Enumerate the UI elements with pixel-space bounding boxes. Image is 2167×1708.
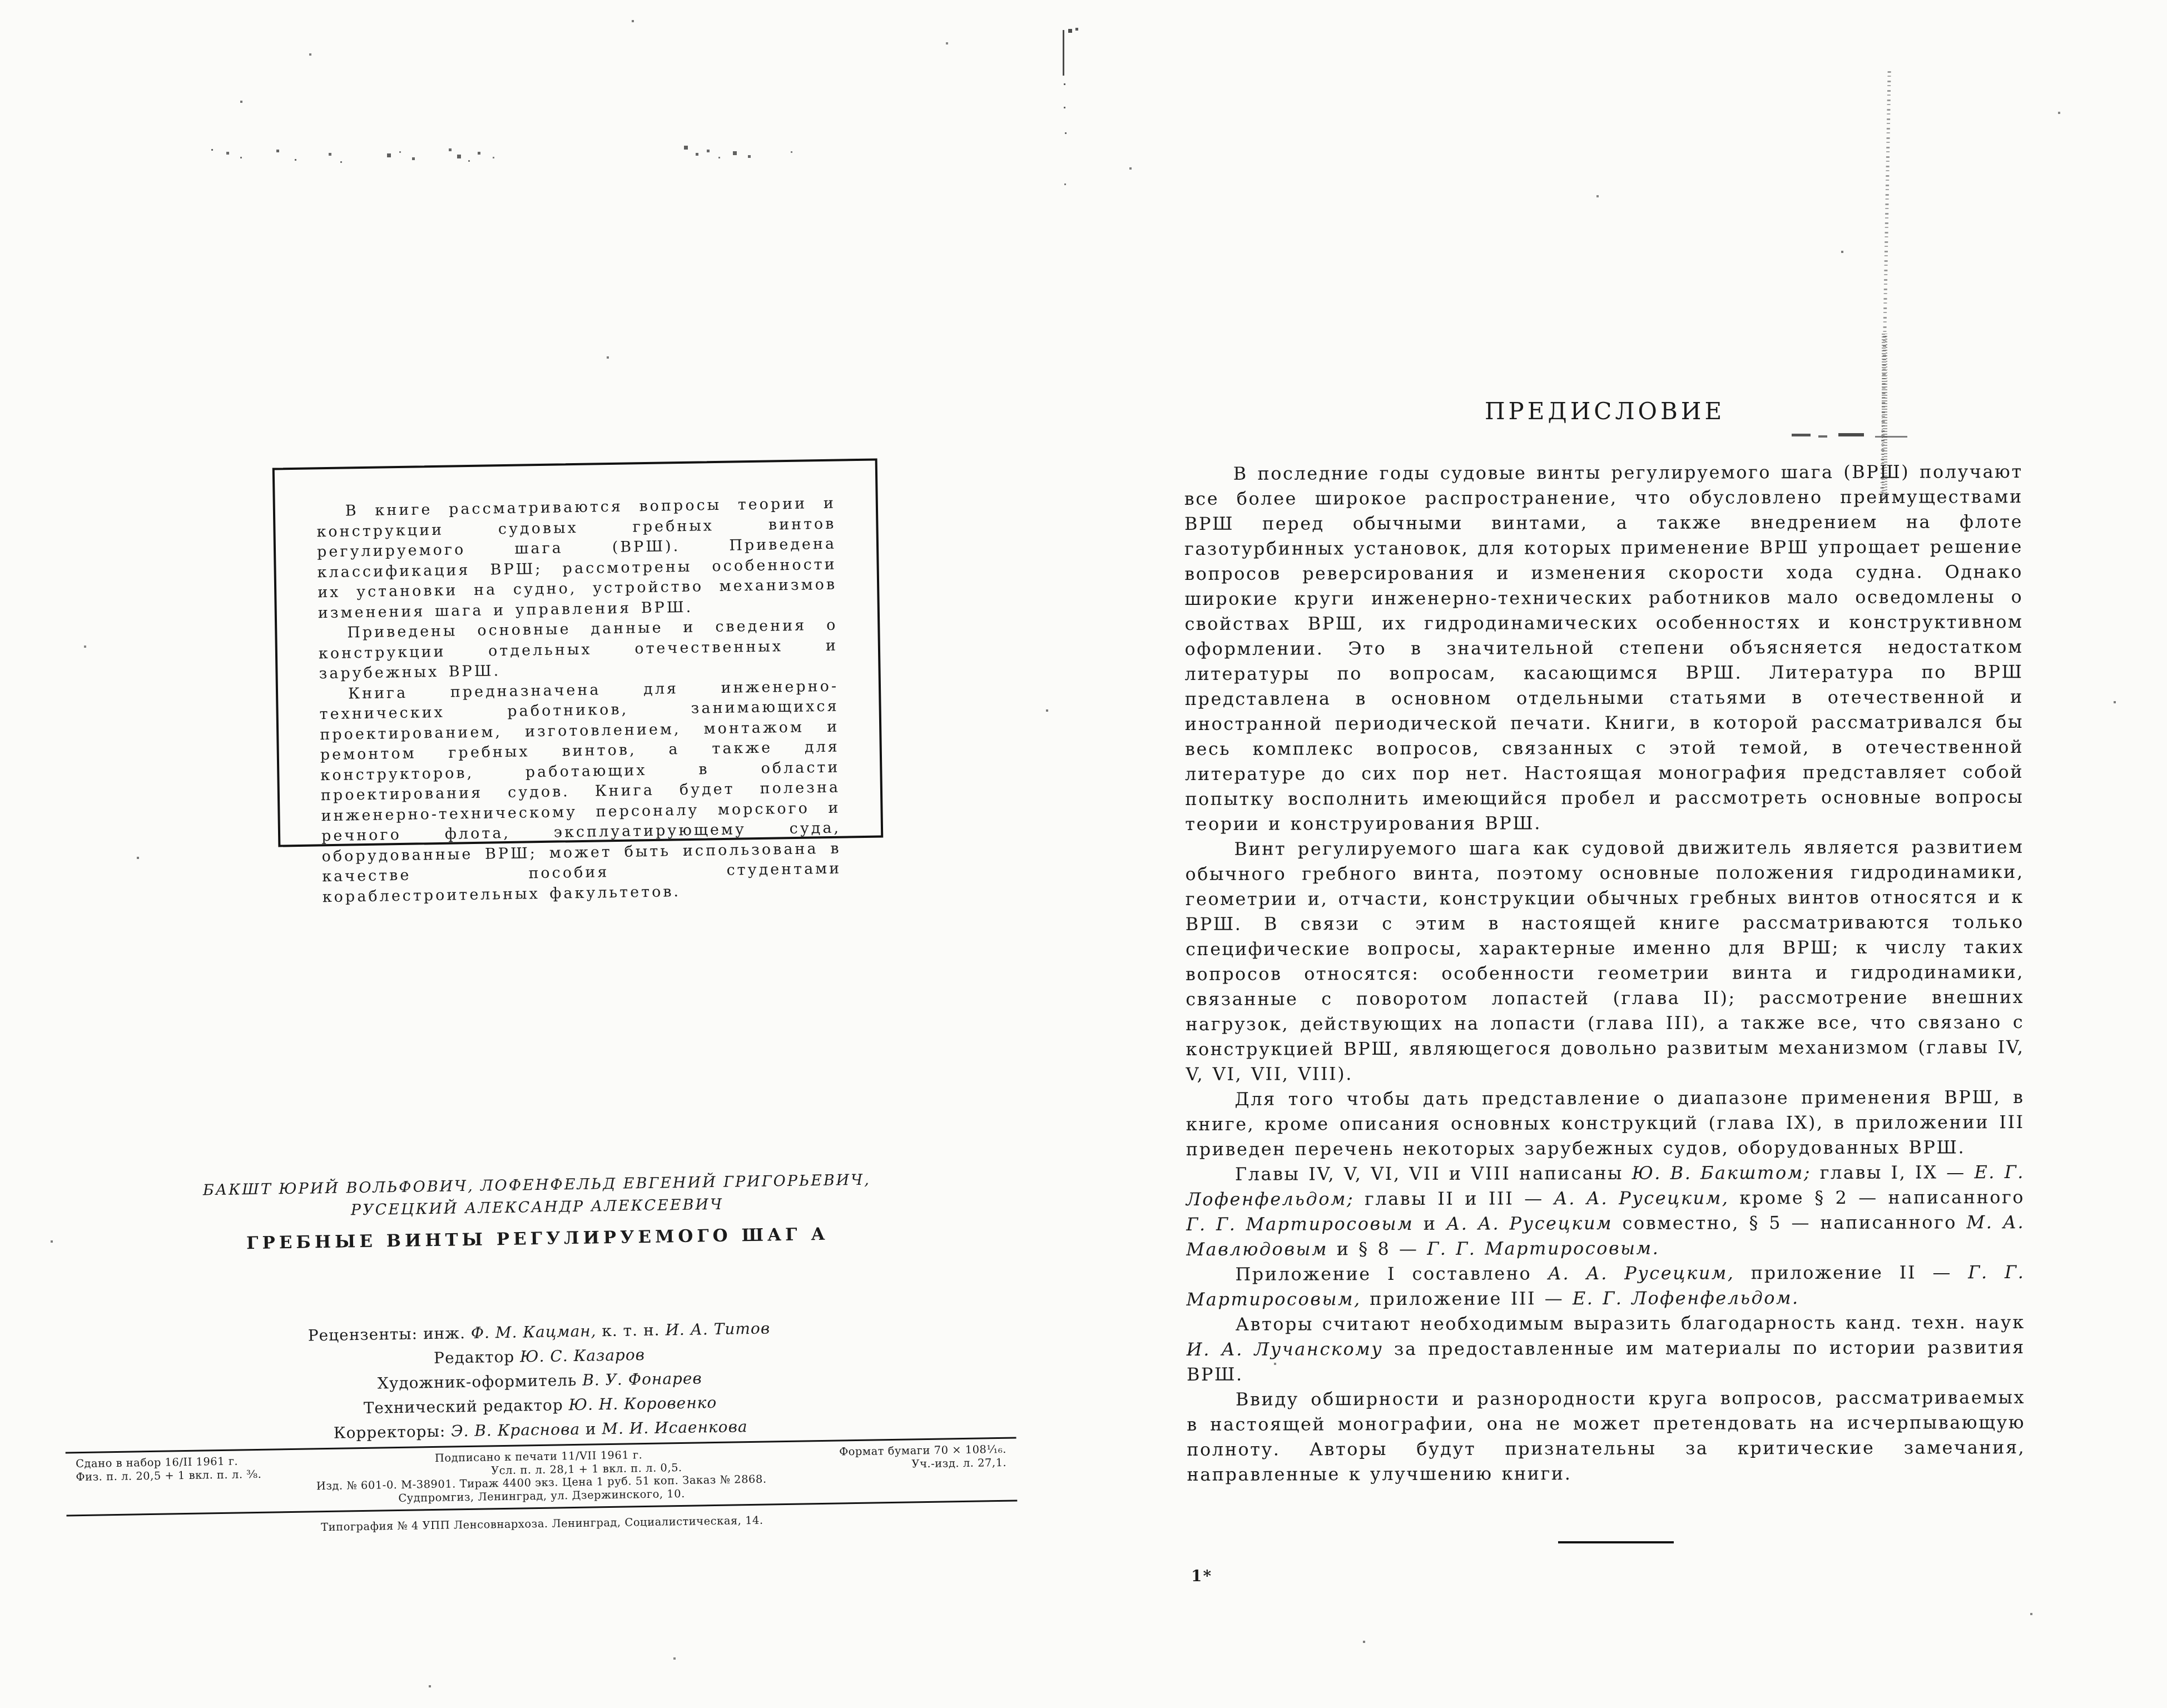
book-title: ГРЕБНЫЕ ВИНТЫ РЕГУЛИРУЕМОГО ШАГ А xyxy=(62,1222,1013,1257)
preface-paragraph-4: Главы IV, V, VI, VII и VIII написаны Ю. … xyxy=(1186,1160,2025,1262)
authors-names: БАКШТ ЮРИЙ ВОЛЬФОВИЧ, ЛОФЕНФЕЛЬД ЕВГЕНИЙ… xyxy=(61,1167,1013,1227)
preface-paragraph-6: Авторы считают необходимым выразить благ… xyxy=(1187,1310,2025,1387)
preface-paragraph-3: Для того чтобы дать представление о диап… xyxy=(1186,1085,2025,1162)
imprint-acc-sheets: Уч.-изд. л. 27,1. xyxy=(911,1456,1006,1470)
printer-line: Типография № 4 УПП Ленсовнархоза. Ленинг… xyxy=(67,1507,1018,1538)
scan-speckles xyxy=(0,0,1,1)
preface-paragraph-2: Винт регулируемого шага как судовой движ… xyxy=(1185,835,2024,1087)
section-end-rule xyxy=(1558,1541,1674,1543)
page-fold-mark xyxy=(1063,30,1064,76)
book-spread: В книге рассматриваются вопросы теории и… xyxy=(0,0,2167,1708)
preface-paragraph-5: Приложение I составлено А. А. Русецким, … xyxy=(1186,1260,2025,1312)
preface-body: В последние годы судовые винты регулируе… xyxy=(1184,459,2026,1487)
scan-dash-artifacts xyxy=(1792,433,1925,439)
imprint-block: БАКШТ ЮРИЙ ВОЛЬФОВИЧ, ЛОФЕНФЕЛЬД ЕВГЕНИЙ… xyxy=(61,1167,1018,1538)
printer-signature-mark: 1* xyxy=(1191,1567,1212,1585)
preface-title: ПРЕДИСЛОВИЕ xyxy=(1186,398,2024,425)
print-data-block: Сдано в набор 16/II 1961 г. Подписано к … xyxy=(66,1437,1018,1538)
annotation-paragraph: Книга предназначена для инженерно-технич… xyxy=(319,676,842,907)
annotation-box: В книге рассматриваются вопросы теории и… xyxy=(272,458,884,847)
preface-paragraph-1: В последние годы судовые винты регулируе… xyxy=(1184,459,2024,837)
preface-paragraph-7: Ввиду обширности и разнородности круга в… xyxy=(1187,1385,2025,1487)
scan-speckle-smudge xyxy=(211,149,213,151)
annotation-paragraph: Приведены основные данные и сведения о к… xyxy=(318,615,839,684)
fold-dot-artifacts xyxy=(1064,83,1065,85)
annotation-paragraph: В книге рассматриваются вопросы теории и… xyxy=(316,494,837,624)
colophon: Рецензенты: инж. Ф. М. Кацман, к. т. н. … xyxy=(63,1313,1016,1450)
